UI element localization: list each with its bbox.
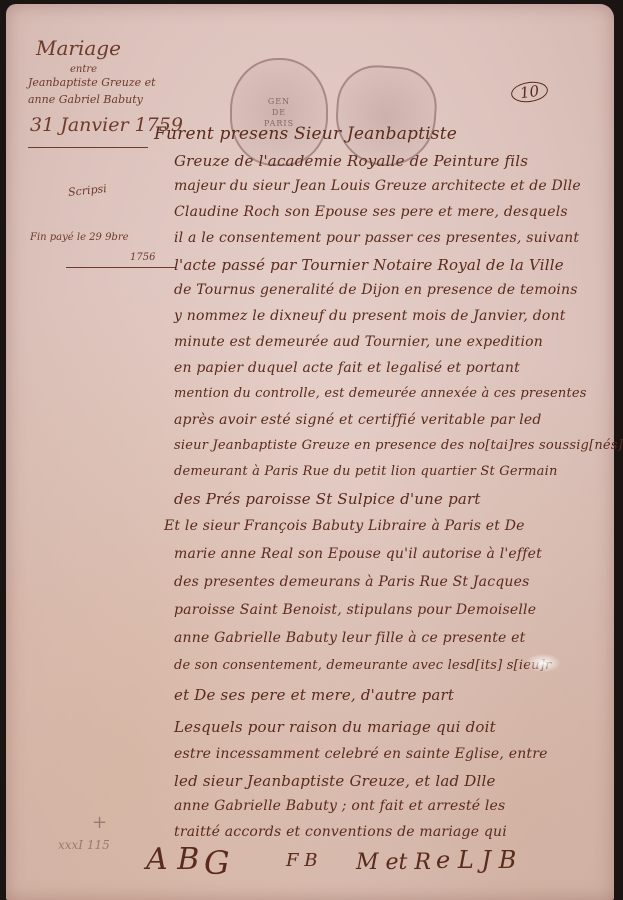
margin-note: Fin payé le 29 9bre: [30, 232, 129, 243]
body-line: Claudine Roch son Epouse ses pere et mer…: [174, 204, 568, 220]
body-line: et De ses pere et mere, d'autre part: [174, 686, 454, 704]
signature-initials: A B: [146, 842, 199, 877]
signature-initials: e L J B: [436, 846, 516, 874]
body-line: sieur Jeanbaptiste Greuze en presence de…: [174, 438, 623, 453]
body-line: paroisse Saint Benoist, stipulans pour D…: [174, 602, 536, 618]
manuscript-page: Mariage entre Jeanbaptiste Greuze et ann…: [6, 4, 614, 900]
body-line: led sieur Jeanbaptiste Greuze, et lad Dl…: [174, 772, 496, 790]
body-line: Lesquels pour raison du mariage qui doit: [174, 718, 496, 736]
margin-heading-line: entre: [70, 64, 97, 75]
body-line: après avoir esté signé et certiffié veri…: [174, 412, 542, 428]
body-line: des Prés paroisse St Sulpice d'une part: [174, 490, 481, 508]
margin-heading-line: Jeanbaptiste Greuze et: [28, 76, 156, 89]
body-line: traitté accords et conventions de mariag…: [174, 824, 507, 840]
archive-cross-mark: +: [92, 812, 107, 833]
body-line: demeurant à Paris Rue du petit lion quar…: [174, 464, 558, 479]
signature-initials: G: [204, 844, 230, 882]
margin-note: 1756: [130, 252, 155, 263]
margin-rule: [66, 267, 176, 268]
generality-of-paris-stamp: GEN DE PARIS: [230, 58, 328, 166]
margin-title: Mariage: [36, 36, 121, 60]
body-line: en papier duquel acte fait et legalisé e…: [174, 360, 520, 376]
margin-heading-line: anne Gabriel Babuty: [28, 93, 143, 106]
body-line: marie anne Real son Epouse qu'il autoris…: [174, 546, 542, 562]
body-line: l'acte passé par Tournier Notaire Royal …: [174, 256, 564, 274]
signature-initials: F B: [286, 850, 317, 871]
body-line: estre incessamment celebré en sainte Egl…: [174, 746, 548, 762]
body-line: il a le consentement pour passer ces pre…: [174, 230, 579, 246]
body-line: majeur du sieur Jean Louis Greuze archit…: [174, 178, 581, 194]
margin-note: Scripsi: [67, 182, 107, 199]
margin-rule: [28, 147, 148, 148]
archive-reference: xxxI 115: [58, 838, 110, 852]
body-line: des presentes demeurans à Paris Rue St J…: [174, 574, 530, 590]
folio-number: 10: [510, 80, 550, 105]
light-reflection: [526, 654, 560, 672]
body-line: mention du controlle, est demeurée annex…: [174, 386, 587, 401]
body-line: Furent presens Sieur Jeanbaptiste: [154, 124, 457, 144]
body-line: anne Gabrielle Babuty ; ont fait et arre…: [174, 798, 505, 814]
body-line: anne Gabrielle Babuty leur fille à ce pr…: [174, 630, 526, 646]
body-line: Greuze de l'academie Royalle de Peinture…: [174, 152, 528, 170]
body-line: de Tournus generalité de Dijon en presen…: [174, 282, 578, 298]
signature-initials: M et R: [356, 850, 431, 875]
body-line: Et le sieur François Babuty Libraire à P…: [164, 518, 525, 534]
body-line: y nommez le dixneuf du present mois de J…: [174, 308, 566, 324]
body-line: minute est demeurée aud Tournier, une ex…: [174, 334, 543, 350]
body-line: de son consentement, demeurante avec les…: [174, 658, 551, 673]
